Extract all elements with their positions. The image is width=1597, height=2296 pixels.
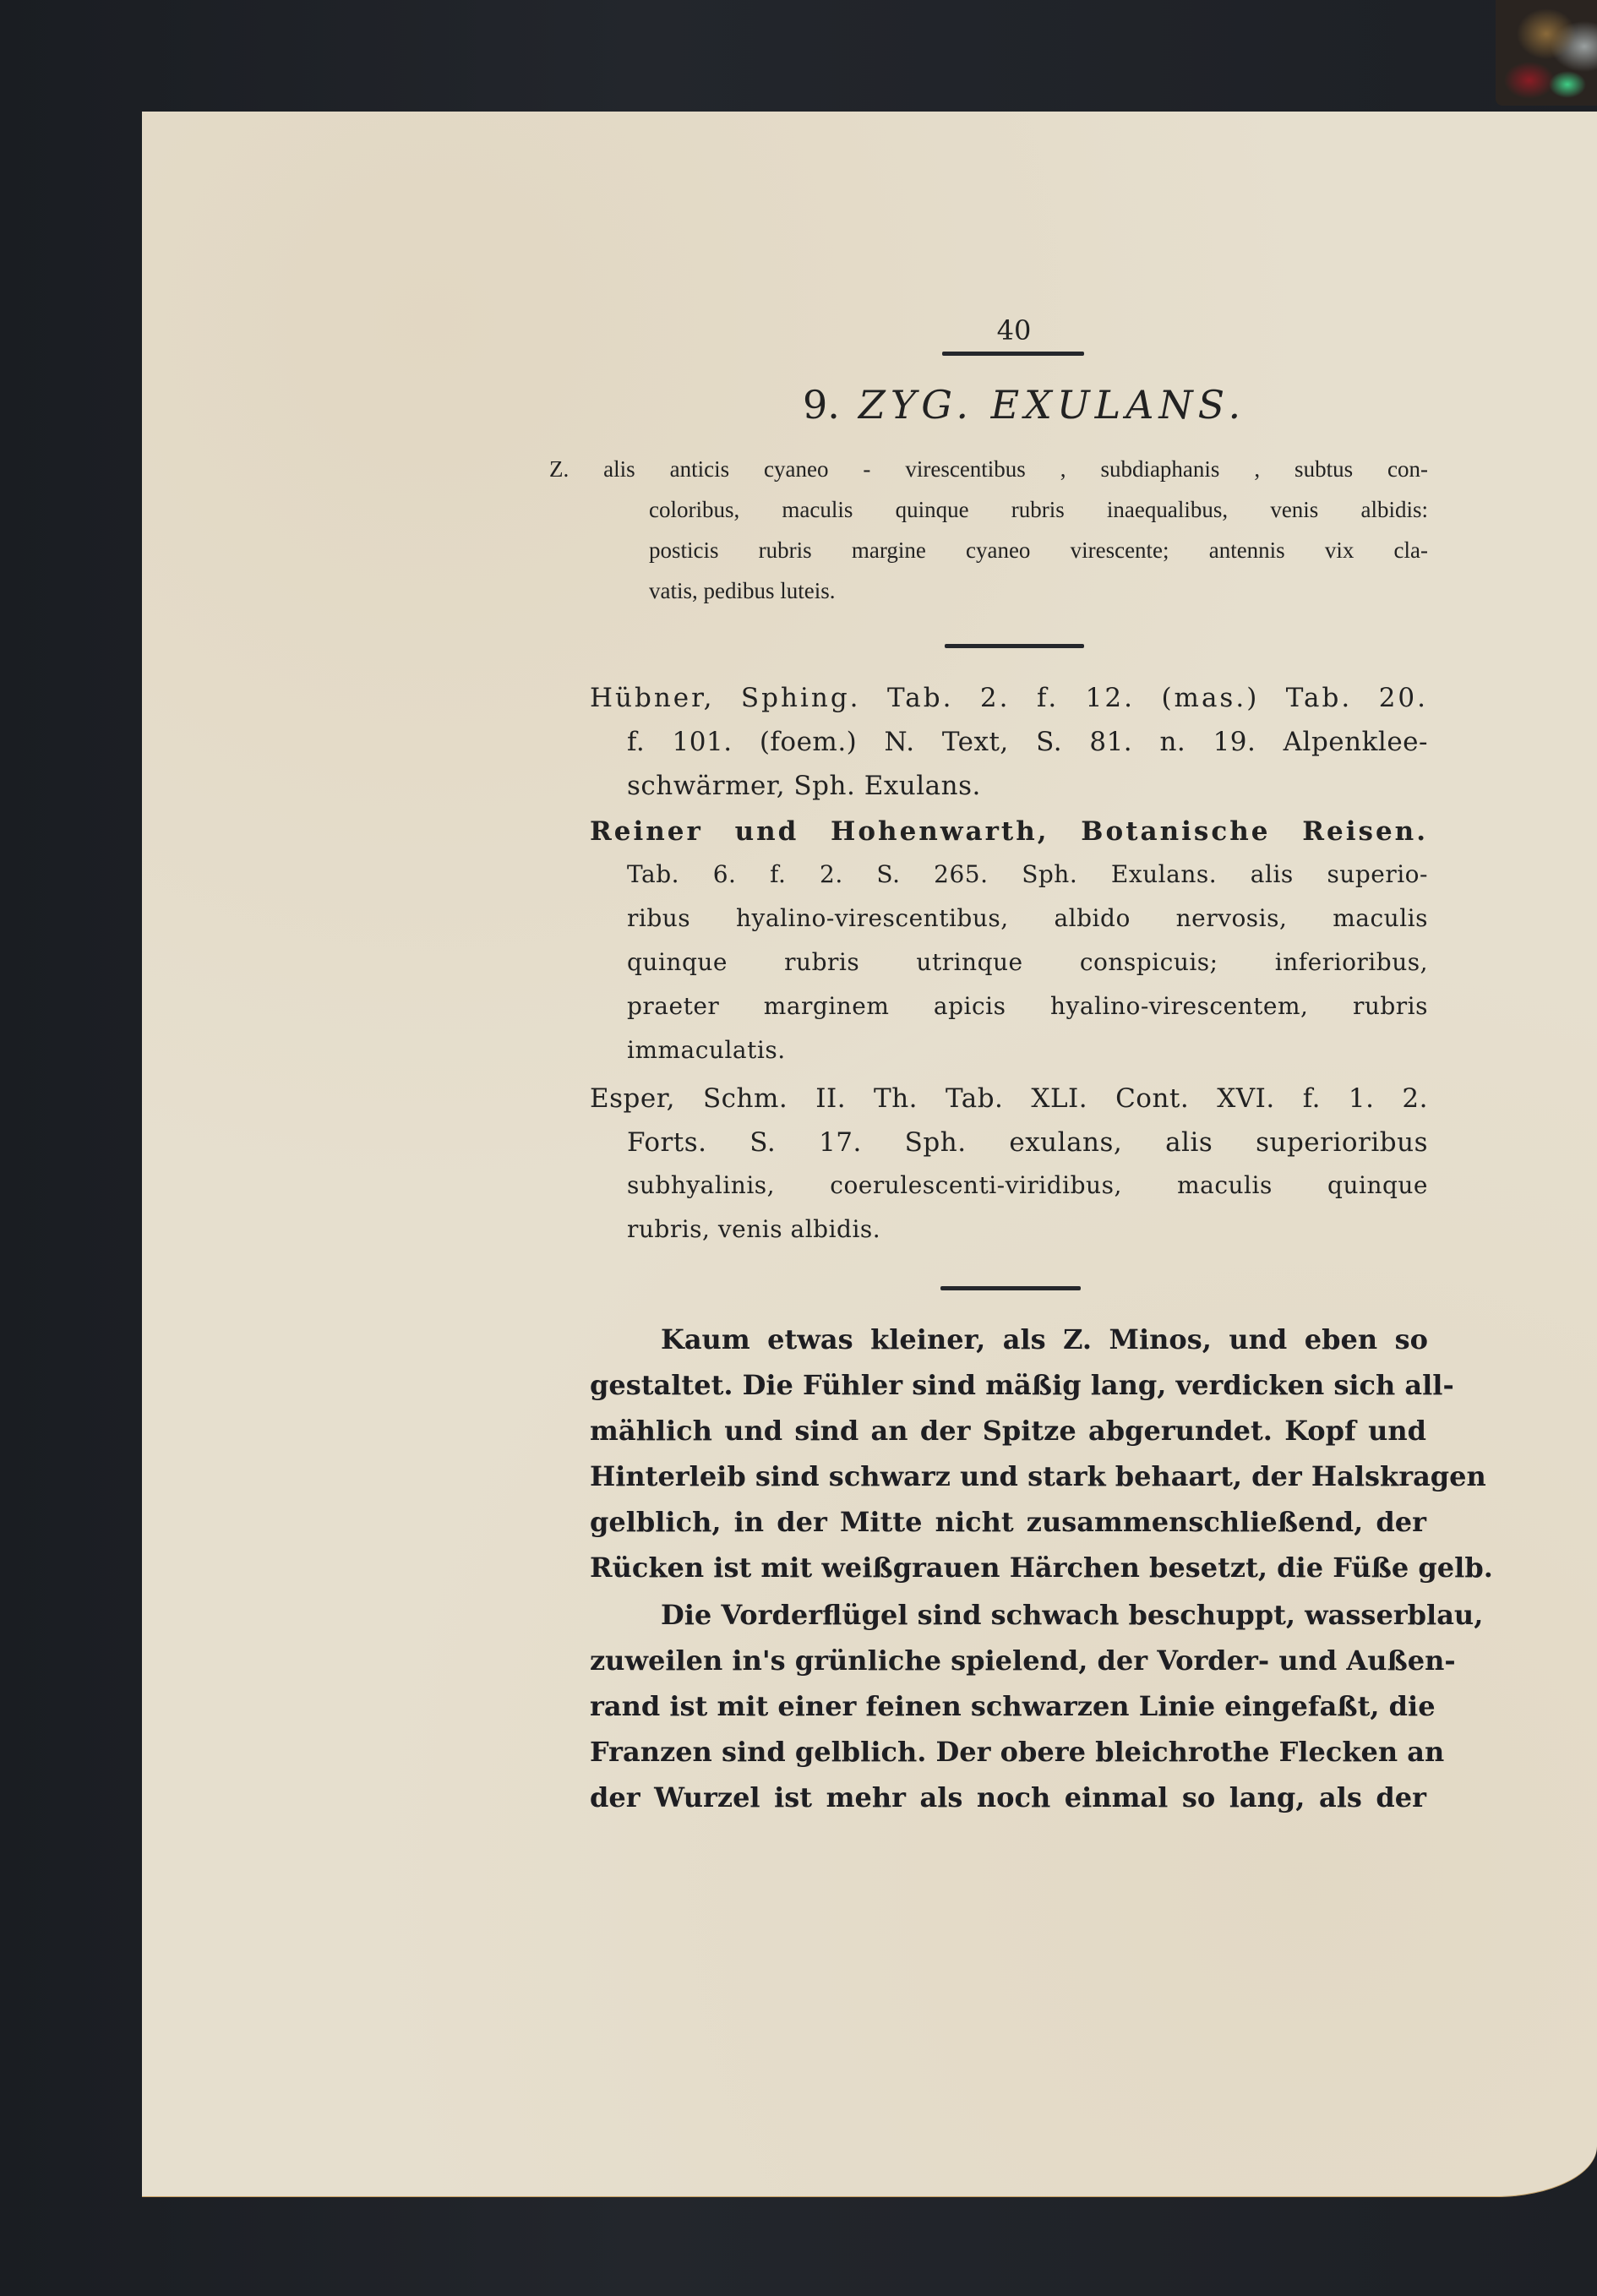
- reference-line: Forts. S. 17. Sph. exulans, alis superio…: [627, 1127, 1428, 1158]
- section-rule: [940, 1286, 1081, 1290]
- diagnosis-line: posticis rubris margine cyaneo virescent…: [649, 537, 1428, 564]
- section-rule: [945, 644, 1084, 648]
- reference-line: ribus hyalino-virescentibus, albido nerv…: [627, 904, 1428, 932]
- reference-line: Tab. 6. f. 2. S. 265. Sph. Exulans. alis…: [627, 860, 1428, 888]
- description-line: gestaltet. Die Fühler sind mäßig lang, v…: [590, 1369, 1426, 1401]
- description-line: rand ist mit einer feinen schwarzen Lini…: [590, 1690, 1426, 1722]
- description-line: Franzen sind gelblich. Der obere bleichr…: [590, 1736, 1426, 1768]
- reference-line: quinque rubris utrinque conspicuis; infe…: [627, 948, 1428, 976]
- reference-line: Hübner, Sphing. Tab. 2. f. 12. (mas.) Ta…: [590, 683, 1428, 713]
- reference-line: f. 101. (foem.) N. Text, S. 81. n. 19. A…: [627, 727, 1428, 757]
- description-line: Rücken ist mit weißgrauen Härchen besetz…: [590, 1552, 1426, 1584]
- description-line: gelblich, in der Mitte nicht zusammensch…: [590, 1506, 1426, 1538]
- reference-line: schwärmer, Sph. Exulans.: [627, 771, 1463, 801]
- description-line: mählich und sind an der Spitze abgerunde…: [590, 1415, 1426, 1447]
- adjacent-page-illustration: [1496, 0, 1597, 106]
- description-line: Kaum etwas kleiner, als Z. Minos, und eb…: [661, 1323, 1428, 1355]
- reference-line: Esper, Schm. II. Th. Tab. XLI. Cont. XVI…: [590, 1083, 1428, 1114]
- reference-line: Reiner und Hohenwarth, Botanische Reisen…: [590, 816, 1428, 847]
- diagnosis-line: coloribus, maculis quinque rubris inaequ…: [649, 497, 1428, 523]
- reference-line: praeter marginem apicis hyalino-virescen…: [627, 992, 1428, 1020]
- diagnosis-line: Z. alis anticis cyaneo - virescentibus ,…: [549, 456, 1428, 483]
- species-heading: 9.ZYG. EXULANS.: [803, 382, 1245, 428]
- diagnosis-line: vatis, pedibus luteis.: [649, 578, 1485, 604]
- header-rule: [942, 352, 1084, 356]
- description-line: Die Vorderflügel sind schwach beschuppt,…: [661, 1599, 1428, 1631]
- reference-line: immaculatis.: [627, 1036, 1463, 1064]
- page-number: 40: [989, 314, 1039, 346]
- reference-line: subhyalinis, coerulescenti-viridibus, ma…: [627, 1171, 1428, 1199]
- description-line: Hinterleib sind schwarz und stark behaar…: [590, 1460, 1426, 1492]
- species-number: 9.: [803, 382, 840, 428]
- reference-line: rubris, venis albidis.: [627, 1215, 1463, 1243]
- description-line: zuweilen in's grünliche spielend, der Vo…: [590, 1644, 1426, 1677]
- species-name: ZYG. EXULANS.: [858, 382, 1245, 428]
- description-line: der Wurzel ist mehr als noch einmal so l…: [590, 1781, 1426, 1813]
